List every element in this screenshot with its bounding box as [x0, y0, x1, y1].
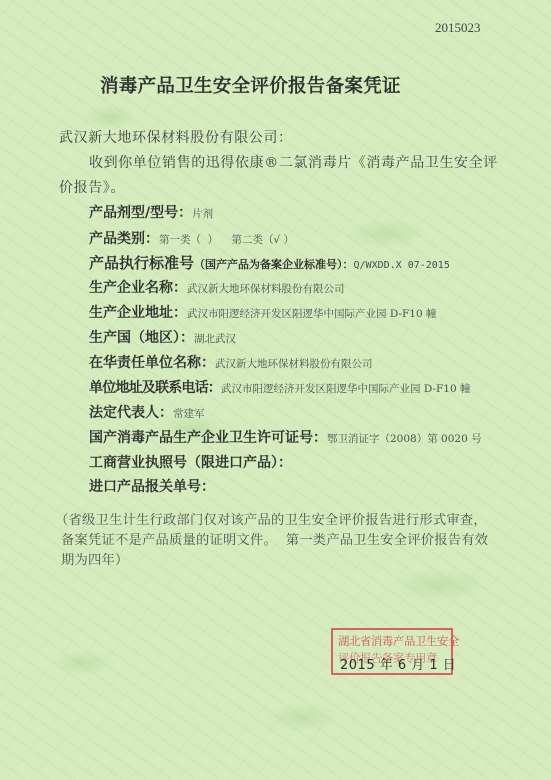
field-country-region: 生产国（地区）：湖北武汉	[89, 327, 236, 347]
field-value: 武汉新大地环保材料股份有限公司	[187, 283, 345, 295]
addressee: 武汉新大地环保材料股份有限公司：	[59, 127, 293, 147]
field-label: 生产企业名称：	[89, 280, 187, 296]
field-dosage-form: 产品剂型/型号：片剂	[89, 202, 213, 222]
field-label: 法定代表人：	[89, 405, 173, 421]
field-customs-declaration: 进口产品报关单号：	[89, 476, 215, 496]
note-line-1: （省级卫生计生行政部门仅对该产品的卫生安全评价报告进行形式审查，	[55, 511, 488, 531]
field-value: 片剂	[192, 208, 213, 220]
field-value: 武汉市阳逻经济开发区阳逻华中国际产业园 D-F10 幢	[187, 308, 436, 320]
field-standard-number: 产品执行标准号（国产产品为备案企业标准号）：Q/WXDD.X 07-2015	[89, 252, 450, 273]
document-number: 2015023	[435, 20, 481, 36]
field-value: 鄂卫消证字（2008）第 0020 号	[327, 433, 482, 445]
field-label: 国产消毒产品生产企业卫生许可证号：	[89, 430, 327, 446]
field-label: 产品类别：	[89, 231, 159, 247]
field-legal-representative: 法定代表人：常建军	[89, 402, 205, 422]
field-value: Q/WXDD.X 07-2015	[354, 260, 450, 271]
field-manufacturer-name: 生产企业名称：武汉新大地环保材料股份有限公司	[89, 277, 345, 297]
field-hygiene-license: 国产消毒产品生产企业卫生许可证号：鄂卫消证字（2008）第 0020 号	[89, 427, 482, 447]
field-unit-address-phone: 单位地址及联系电话：武汉市阳逻经济开发区阳逻华中国际产业园 D-F10 幢	[89, 377, 470, 397]
field-label: 产品剂型/型号：	[89, 205, 192, 221]
field-value: 武汉市阳逻经济开发区阳逻华中国际产业园 D-F10 幢	[221, 383, 470, 395]
field-label: 产品执行标准号	[89, 254, 194, 272]
field-value: 第一类（ ） 第二类（√ ）	[159, 234, 294, 246]
field-sublabel: （国产产品为备案企业标准号）：	[194, 258, 354, 271]
intro-line-2: 价报告》。	[59, 177, 125, 197]
stamp-line-1: 湖北省消毒产品卫生安全	[338, 633, 459, 649]
intro-line-1: 收到你单位销售的迅得依康®二氯消毒片《消毒产品卫生安全评	[89, 152, 498, 172]
disclaimer-note: （省级卫生计生行政部门仅对该产品的卫生安全评价报告进行形式审查， 备案凭证不是产…	[55, 511, 488, 571]
field-label: 在华责任单位名称：	[89, 355, 215, 371]
field-label: 生产国（地区）：	[89, 330, 194, 346]
document-title: 消毒产品卫生安全评价报告备案凭证	[100, 72, 401, 98]
field-label: 生产企业地址：	[89, 305, 187, 321]
field-label: 单位地址及联系电话：	[89, 380, 221, 396]
field-value: 常建军	[173, 408, 205, 420]
note-line-3: 期为四年）	[61, 551, 488, 571]
field-value: 湖北武汉	[194, 333, 236, 345]
field-manufacturer-address: 生产企业地址：武汉市阳逻经济开发区阳逻华中国际产业园 D-F10 幢	[89, 302, 436, 322]
field-label: 进口产品报关单号：	[89, 479, 215, 495]
field-value: 武汉新大地环保材料股份有限公司	[215, 358, 373, 370]
field-business-license: 工商营业执照号（限进口产品）：	[89, 452, 292, 472]
field-category: 产品类别：第一类（ ） 第二类（√ ）	[89, 228, 294, 248]
note-line-2: 备案凭证不是产品质量的证明文件。 第一类产品卫生安全评价报告有效	[61, 531, 488, 551]
issue-date: 2015 年 6 月 1 日	[340, 654, 456, 673]
field-responsible-unit: 在华责任单位名称：武汉新大地环保材料股份有限公司	[89, 352, 373, 372]
field-label: 工商营业执照号（限进口产品）：	[89, 455, 292, 471]
